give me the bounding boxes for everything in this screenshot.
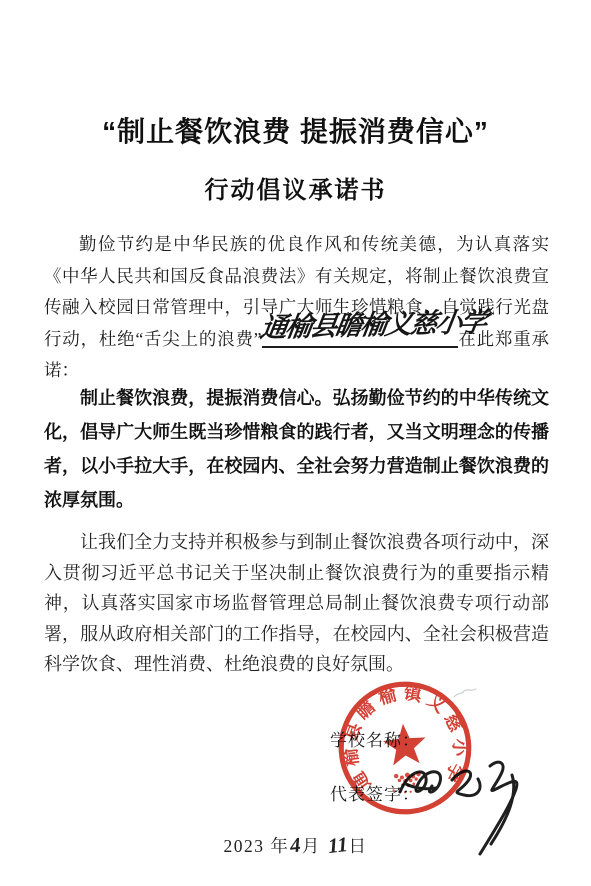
date-day-handwritten: 11 bbox=[326, 832, 348, 859]
handwritten-signature bbox=[392, 748, 542, 866]
paragraph-2: 制止餐饮浪费，提振消费信心。弘扬勤俭节约的中华传统文化，倡导广大师生既当珍惜粮食… bbox=[44, 381, 549, 517]
document-title-line1: “制止餐饮浪费 提振消费信心” bbox=[0, 110, 591, 150]
document-page: “制止餐饮浪费 提振消费信心” 行动倡议承诺书 勤俭节约是中华民族的优良作风和传… bbox=[0, 0, 591, 886]
blank-underline: 通榆县瞻榆义慈小学 bbox=[262, 326, 458, 348]
handwritten-school-name: 通榆县瞻榆义慈小学 bbox=[258, 306, 488, 344]
document-title-line2: 行动倡议承诺书 bbox=[0, 170, 591, 205]
date-year: 2023 年 bbox=[223, 836, 289, 856]
date-month-unit: 月 bbox=[302, 836, 321, 856]
date-month-handwritten: 4 bbox=[289, 833, 302, 859]
paragraph-1: 勤俭节约是中华民族的优良作风和传统美德，为认真落实《中华人民共和国反食品浪费法》… bbox=[44, 229, 549, 387]
paragraph-3: 让我们全力支持并积极参与到制止餐饮浪费各项行动中，深入贯彻习近平总书记关于坚决制… bbox=[44, 527, 549, 680]
date-day-unit: 日 bbox=[349, 836, 368, 856]
